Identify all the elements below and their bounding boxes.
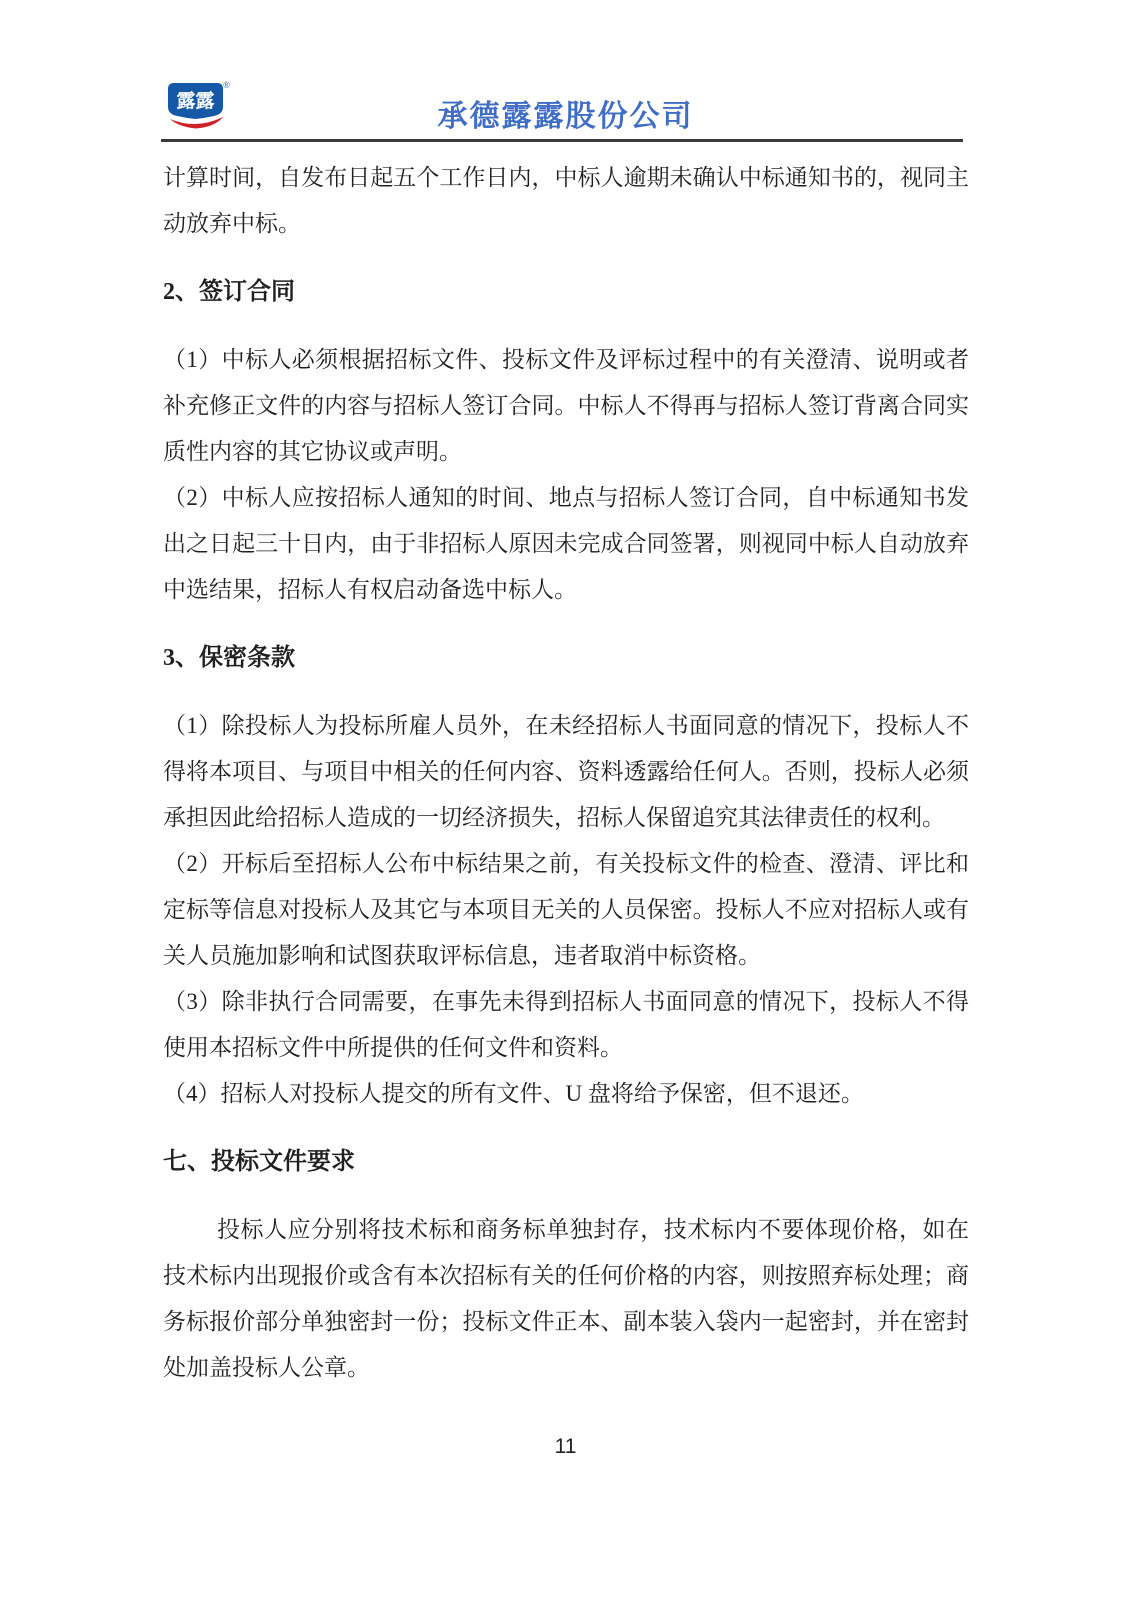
paragraph-contract-item-1: （1）中标人必须根据招标文件、投标文件及评标过程中的有关澄清、说明或者补充修正文… (163, 337, 969, 475)
paragraph-bid-documents: 投标人应分别将技术标和商务标单独封存，技术标内不要体现价格，如在技术标内出现报价… (163, 1207, 969, 1391)
registered-trademark-icon: ® (223, 80, 230, 90)
paragraph-confidentiality-item-3: （3）除非执行合同需要，在事先未得到招标人书面同意的情况下，投标人不得使用本招标… (163, 979, 969, 1071)
section-heading-confidentiality: 3、保密条款 (163, 635, 969, 681)
paragraph-contract-item-2: （2）中标人应按招标人通知的时间、地点与招标人签订合同，自中标通知书发出之日起三… (163, 475, 969, 613)
paragraph-continuation: 计算时间，自发布日起五个工作日内，中标人逾期未确认中标通知书的，视同主动放弃中标… (163, 155, 969, 247)
paragraph-confidentiality-item-4: （4）招标人对投标人提交的所有文件、U 盘将给予保密，但不退还。 (163, 1071, 969, 1117)
section-heading-sign-contract: 2、签订合同 (163, 269, 969, 315)
page-number: 11 (0, 1435, 1131, 1459)
header-divider (161, 139, 963, 142)
paragraph-confidentiality-item-2: （2）开标后至招标人公布中标结果之前，有关投标文件的检查、澄清、评比和定标等信息… (163, 841, 969, 979)
document-body: 计算时间，自发布日起五个工作日内，中标人逾期未确认中标通知书的，视同主动放弃中标… (163, 155, 969, 1391)
document-page: 露露 ® 承德露露股份公司 计算时间，自发布日起五个工作日内，中标人逾期未确认中… (0, 0, 1131, 1600)
section-heading-bid-documents: 七、投标文件要求 (163, 1139, 969, 1185)
company-name: 承德露露股份公司 (0, 97, 1131, 137)
paragraph-confidentiality-item-1: （1）除投标人为投标所雇人员外，在未经招标人书面同意的情况下，投标人不得将本项目… (163, 703, 969, 841)
